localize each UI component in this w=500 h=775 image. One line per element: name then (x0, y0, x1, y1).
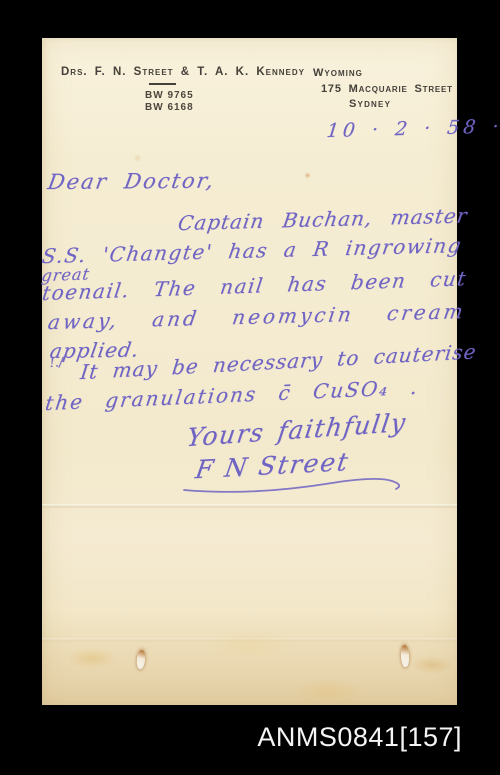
letterhead-phone-1: BW 9765 (145, 90, 194, 101)
pin-hole (400, 645, 409, 667)
letterhead-street: 175 Macquarie Street (321, 83, 453, 95)
pin-hole (136, 650, 146, 670)
letterhead-building: Wyoming (313, 67, 363, 79)
body-line: S.S. 'Changte' has a R ingrowing (40, 233, 464, 268)
handwritten-date: 10 · 2 · 58 · (325, 115, 500, 142)
letterhead-city: Sydney (349, 98, 391, 110)
body-line: away, and neomycin cream (46, 299, 467, 334)
letterhead-phone-2: BW 6168 (145, 102, 194, 113)
viewer-background: Drs. F. N. Street & T. A. K. Kennedy BW … (0, 0, 500, 775)
salutation: Dear Doctor, (46, 169, 217, 194)
body-line: toenail. The nail has been cut (41, 266, 469, 305)
letterhead-rule (149, 83, 176, 85)
catalog-number: ANMS0841[157] (257, 722, 462, 753)
letter-scan: Drs. F. N. Street & T. A. K. Kennedy BW … (42, 38, 457, 705)
fold-crease (42, 504, 457, 508)
margin-mark: !.∕ (49, 355, 64, 371)
fold-crease (42, 638, 457, 642)
body-line: Captain Buchan, master (176, 203, 469, 235)
closing: Yours faithfully (185, 408, 409, 453)
signature-flourish (182, 475, 418, 495)
letterhead-doctors-names: Drs. F. N. Street & T. A. K. Kennedy (61, 66, 305, 78)
